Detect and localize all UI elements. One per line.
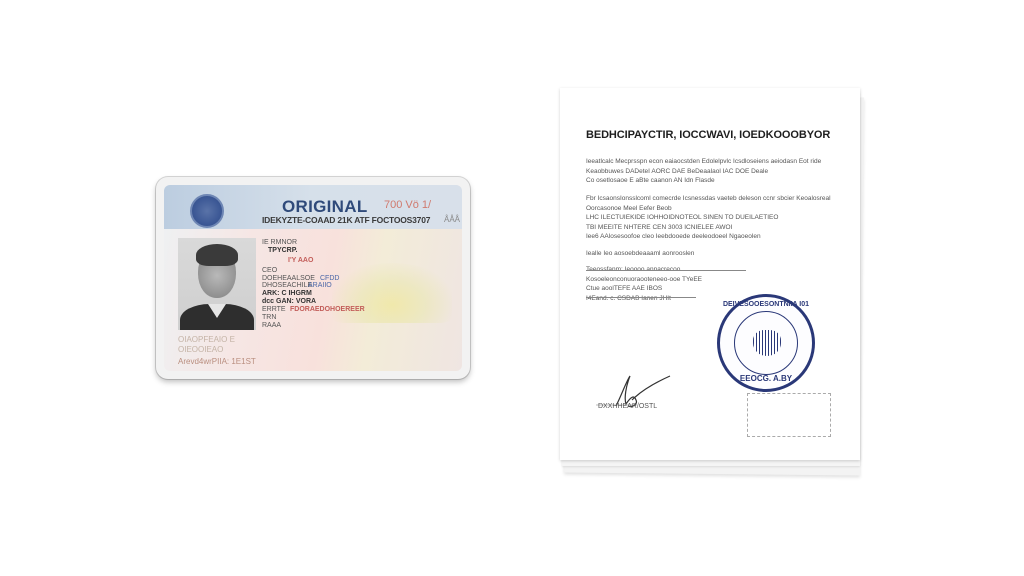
signature-name: DXXHHEAR/OSTL <box>598 403 657 410</box>
id-card-field: dcc GAN: VORA <box>262 298 316 305</box>
id-card-field: TRN <box>262 314 276 321</box>
document-title: BEDHCIPAYCTIR, IOCCWAVI, IOEDKOOOBYOR <box>586 129 830 141</box>
document-rule-1 <box>586 270 746 271</box>
document-rule-2 <box>586 297 696 298</box>
document-text-line: I4Eand. c. CSDAB Ianen JHIt <box>586 295 671 302</box>
document-text-line: Oorcasonoe Meel Eefer Beob <box>586 205 672 212</box>
stamp-bottom-text: EEOCG. A.BY <box>720 374 812 383</box>
id-card-face: ORIGINAL 700 Vö 1/ IDEKYZTE-COAAD 21K AT… <box>164 185 462 371</box>
document-text-line: Iealle Ieo aosoebdeaaaml aonrooslen <box>586 250 694 257</box>
id-card: ORIGINAL 700 Vö 1/ IDEKYZTE-COAAD 21K AT… <box>156 177 470 379</box>
id-card-field: CFDD <box>320 275 339 282</box>
id-card-field: ARAIIO <box>308 282 332 289</box>
id-card-code: 700 Vö 1/ <box>384 199 431 211</box>
id-card-subtitle-suffix: ÅÅÅ <box>444 215 460 224</box>
id-card-field: FDORAEDOHOEREER <box>290 306 365 313</box>
document-text-line: Fbr IcsaonsIonsslcoml comecrde Icsnessda… <box>586 195 831 202</box>
signature-box <box>747 393 831 437</box>
id-card-field: RAAA <box>262 322 281 329</box>
document-text-line: Ctue aoolTEFE AAE IBOS <box>586 285 662 292</box>
stamp-inner-ring <box>734 311 798 375</box>
id-card-field: ERRTE <box>262 306 286 313</box>
official-stamp: DEIVESOOESONTNIIA I01 EEOCG. A.BY <box>717 294 815 392</box>
stamp-top-text: DEIVESOOESONTNIIA I01 <box>720 301 812 308</box>
id-card-header: ORIGINAL 700 Vö 1/ IDEKYZTE-COAAD 21K AT… <box>164 185 462 229</box>
id-card-field: IE RMNOR <box>262 239 297 246</box>
emblem-icon <box>753 330 781 356</box>
id-card-footer-3: Arevd4wrPIIA: 1E1ST <box>178 357 256 366</box>
document-text-line: Iee6 AAlosesoofoe cleo Ieebdooede deeleo… <box>586 233 761 240</box>
id-card-title: ORIGINAL <box>282 197 368 217</box>
id-card-field: CEO <box>262 267 277 274</box>
document-text-line: TBI MEEITE NHTERE CEN 3003 ICNIELEE AWOI <box>586 224 732 231</box>
id-card-field: DHOSEACHILE <box>262 282 312 289</box>
document-text-line: LHC ILECTUIEKIDE IOHHOIDNOTEOL SINEN TO … <box>586 214 778 221</box>
id-card-footer-2: OIEOOIEAO <box>178 345 223 354</box>
id-card-field: DOEHEAALSOE <box>262 275 315 282</box>
document-text-line: Keaobbuwes DADeteI AORC DAE BeDeaalaol I… <box>586 168 768 175</box>
id-card-field: ARK: C IHGRM <box>262 290 312 297</box>
document-text-line: Co osetlosaoe E aBte caanon AN Idn Flasd… <box>586 177 715 184</box>
id-card-field: I'Y AAO <box>288 257 313 264</box>
id-card-field: TPYCRP. <box>268 247 297 254</box>
official-document: BEDHCIPAYCTIR, IOCCWAVI, IOEDKOOOBYOR Ie… <box>560 88 860 460</box>
document-text-line: Kosoeleonconuoraooteneeo-ooe TYeEE <box>586 276 702 283</box>
seal-icon <box>190 194 224 228</box>
document-text-line: Ieeatlcalc Mecprsspn econ eaiaocstden Ed… <box>586 158 821 165</box>
hologram-icon <box>332 263 452 323</box>
portrait-photo <box>178 238 256 330</box>
id-card-footer-1: OIAOPFEAIO E <box>178 335 235 344</box>
id-card-subtitle: IDEKYZTE-COAAD 21K ATF FOCTOOS3707 <box>262 215 430 225</box>
